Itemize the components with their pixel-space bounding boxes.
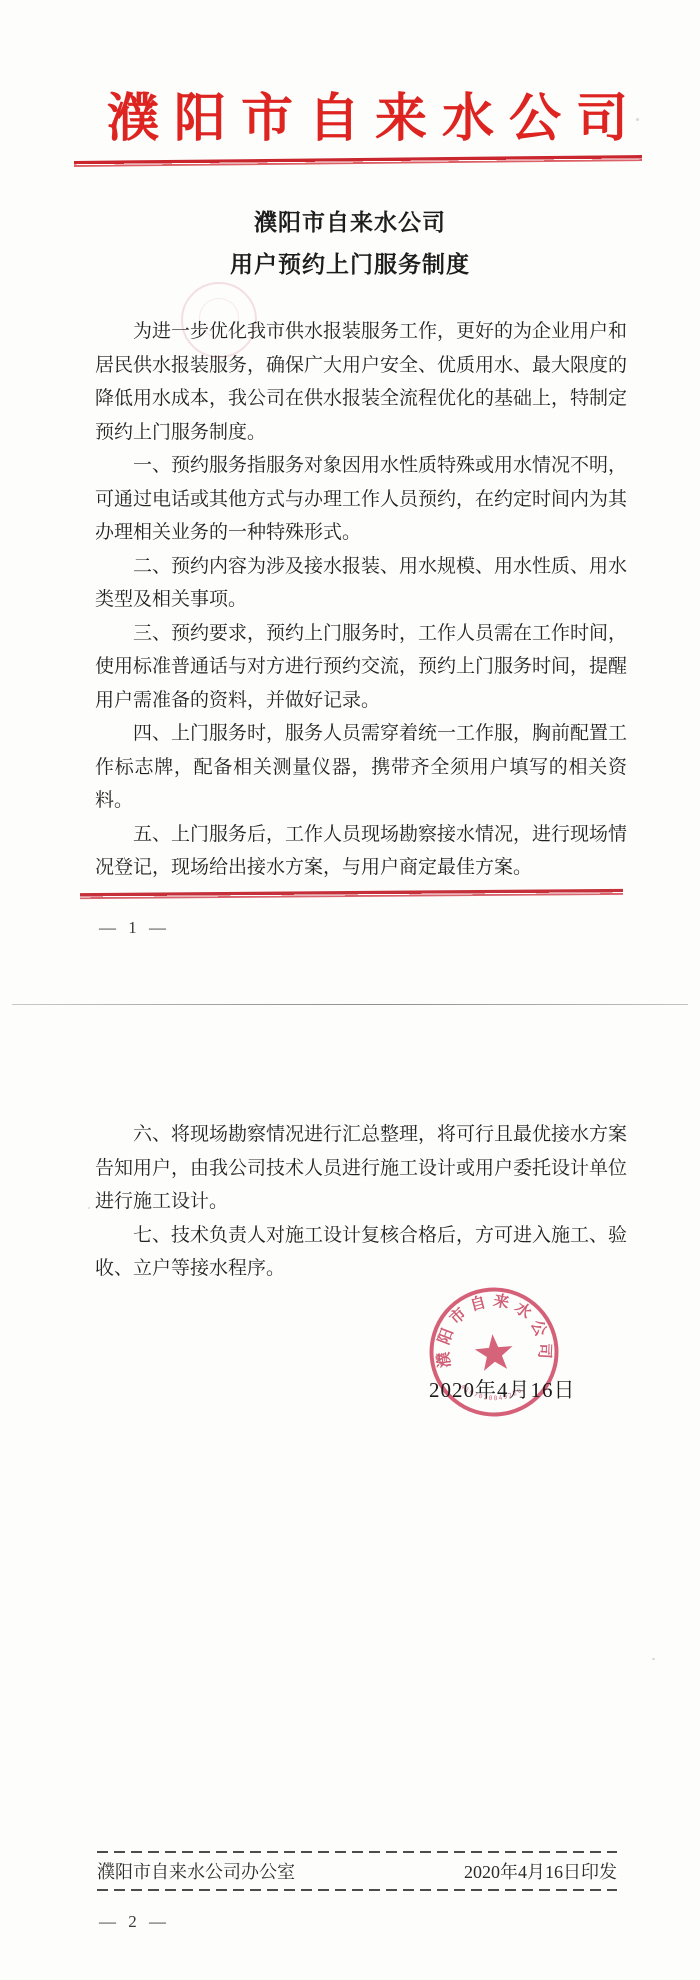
page1-body: 为进一步优化我市供水报装服务工作，更好的为企业用户和居民供水报装服务，确保广大用… — [95, 315, 627, 885]
page2-body: 六、将现场勘察情况进行汇总整理，将可行且最优接水方案告知用户，由我公司技术人员进… — [95, 1118, 627, 1286]
issue-date: 2020年4月16日 — [429, 1374, 576, 1404]
letterhead-company-name: 濮阳市自来水公司 — [0, 76, 700, 151]
paragraph: 二、预约内容为涉及接水报装、用水规模、用水性质、用水类型及相关事项。 — [95, 550, 627, 617]
scan-speck — [652, 1658, 655, 1660]
paragraph: 为进一步优化我市供水报装服务工作，更好的为企业用户和居民供水报装服务，确保广大用… — [95, 315, 627, 449]
paragraph: 一、预约服务指服务对象因用水性质特殊或用水情况不明，可通过电话或其他方式与办理工… — [95, 449, 627, 550]
letterhead-rule — [74, 155, 642, 167]
scan-speck — [636, 118, 639, 121]
paragraph: 六、将现场勘察情况进行汇总整理，将可行且最优接水方案告知用户，由我公司技术人员进… — [95, 1118, 627, 1219]
footer-print-date: 2020年4月16日印发 — [464, 1858, 617, 1884]
document-title-line1: 濮阳市自来水公司 — [0, 202, 700, 244]
scan-speck — [88, 1207, 90, 1209]
page2-number: — 2 — — [99, 1912, 170, 1932]
page1-footer-rule — [80, 889, 623, 899]
document-title: 濮阳市自来水公司 用户预约上门服务制度 — [0, 202, 700, 286]
footer-row: 濮阳市自来水公司办公室 2020年4月16日印发 — [97, 1858, 617, 1884]
scanned-document: 濮阳市自来水公司 濮阳市自来水公司 用户预约上门服务制度 为进一步优化我市供水报… — [0, 0, 700, 1980]
document-title-line2: 用户预约上门服务制度 — [0, 244, 700, 286]
paragraph: 三、预约要求，预约上门服务时，工作人员需在工作时间，使用标准普通话与对方进行预约… — [95, 617, 627, 718]
footer-rule-bottom — [97, 1889, 617, 1891]
page1-number: — 1 — — [99, 918, 170, 938]
page-separator-line — [12, 1004, 688, 1005]
paragraph: 五、上门服务后，工作人员现场勘察接水情况，进行现场情况登记，现场给出接水方案，与… — [95, 818, 627, 885]
footer-rule-top — [97, 1851, 617, 1853]
footer-issuing-office: 濮阳市自来水公司办公室 — [97, 1858, 295, 1884]
paragraph: 四、上门服务时，服务人员需穿着统一工作服，胸前配置工作标志牌，配备相关测量仪器，… — [95, 717, 627, 818]
star-icon — [474, 1332, 515, 1371]
official-seal: 濮阳市自来水公司 4107020049220 — [417, 1275, 571, 1429]
